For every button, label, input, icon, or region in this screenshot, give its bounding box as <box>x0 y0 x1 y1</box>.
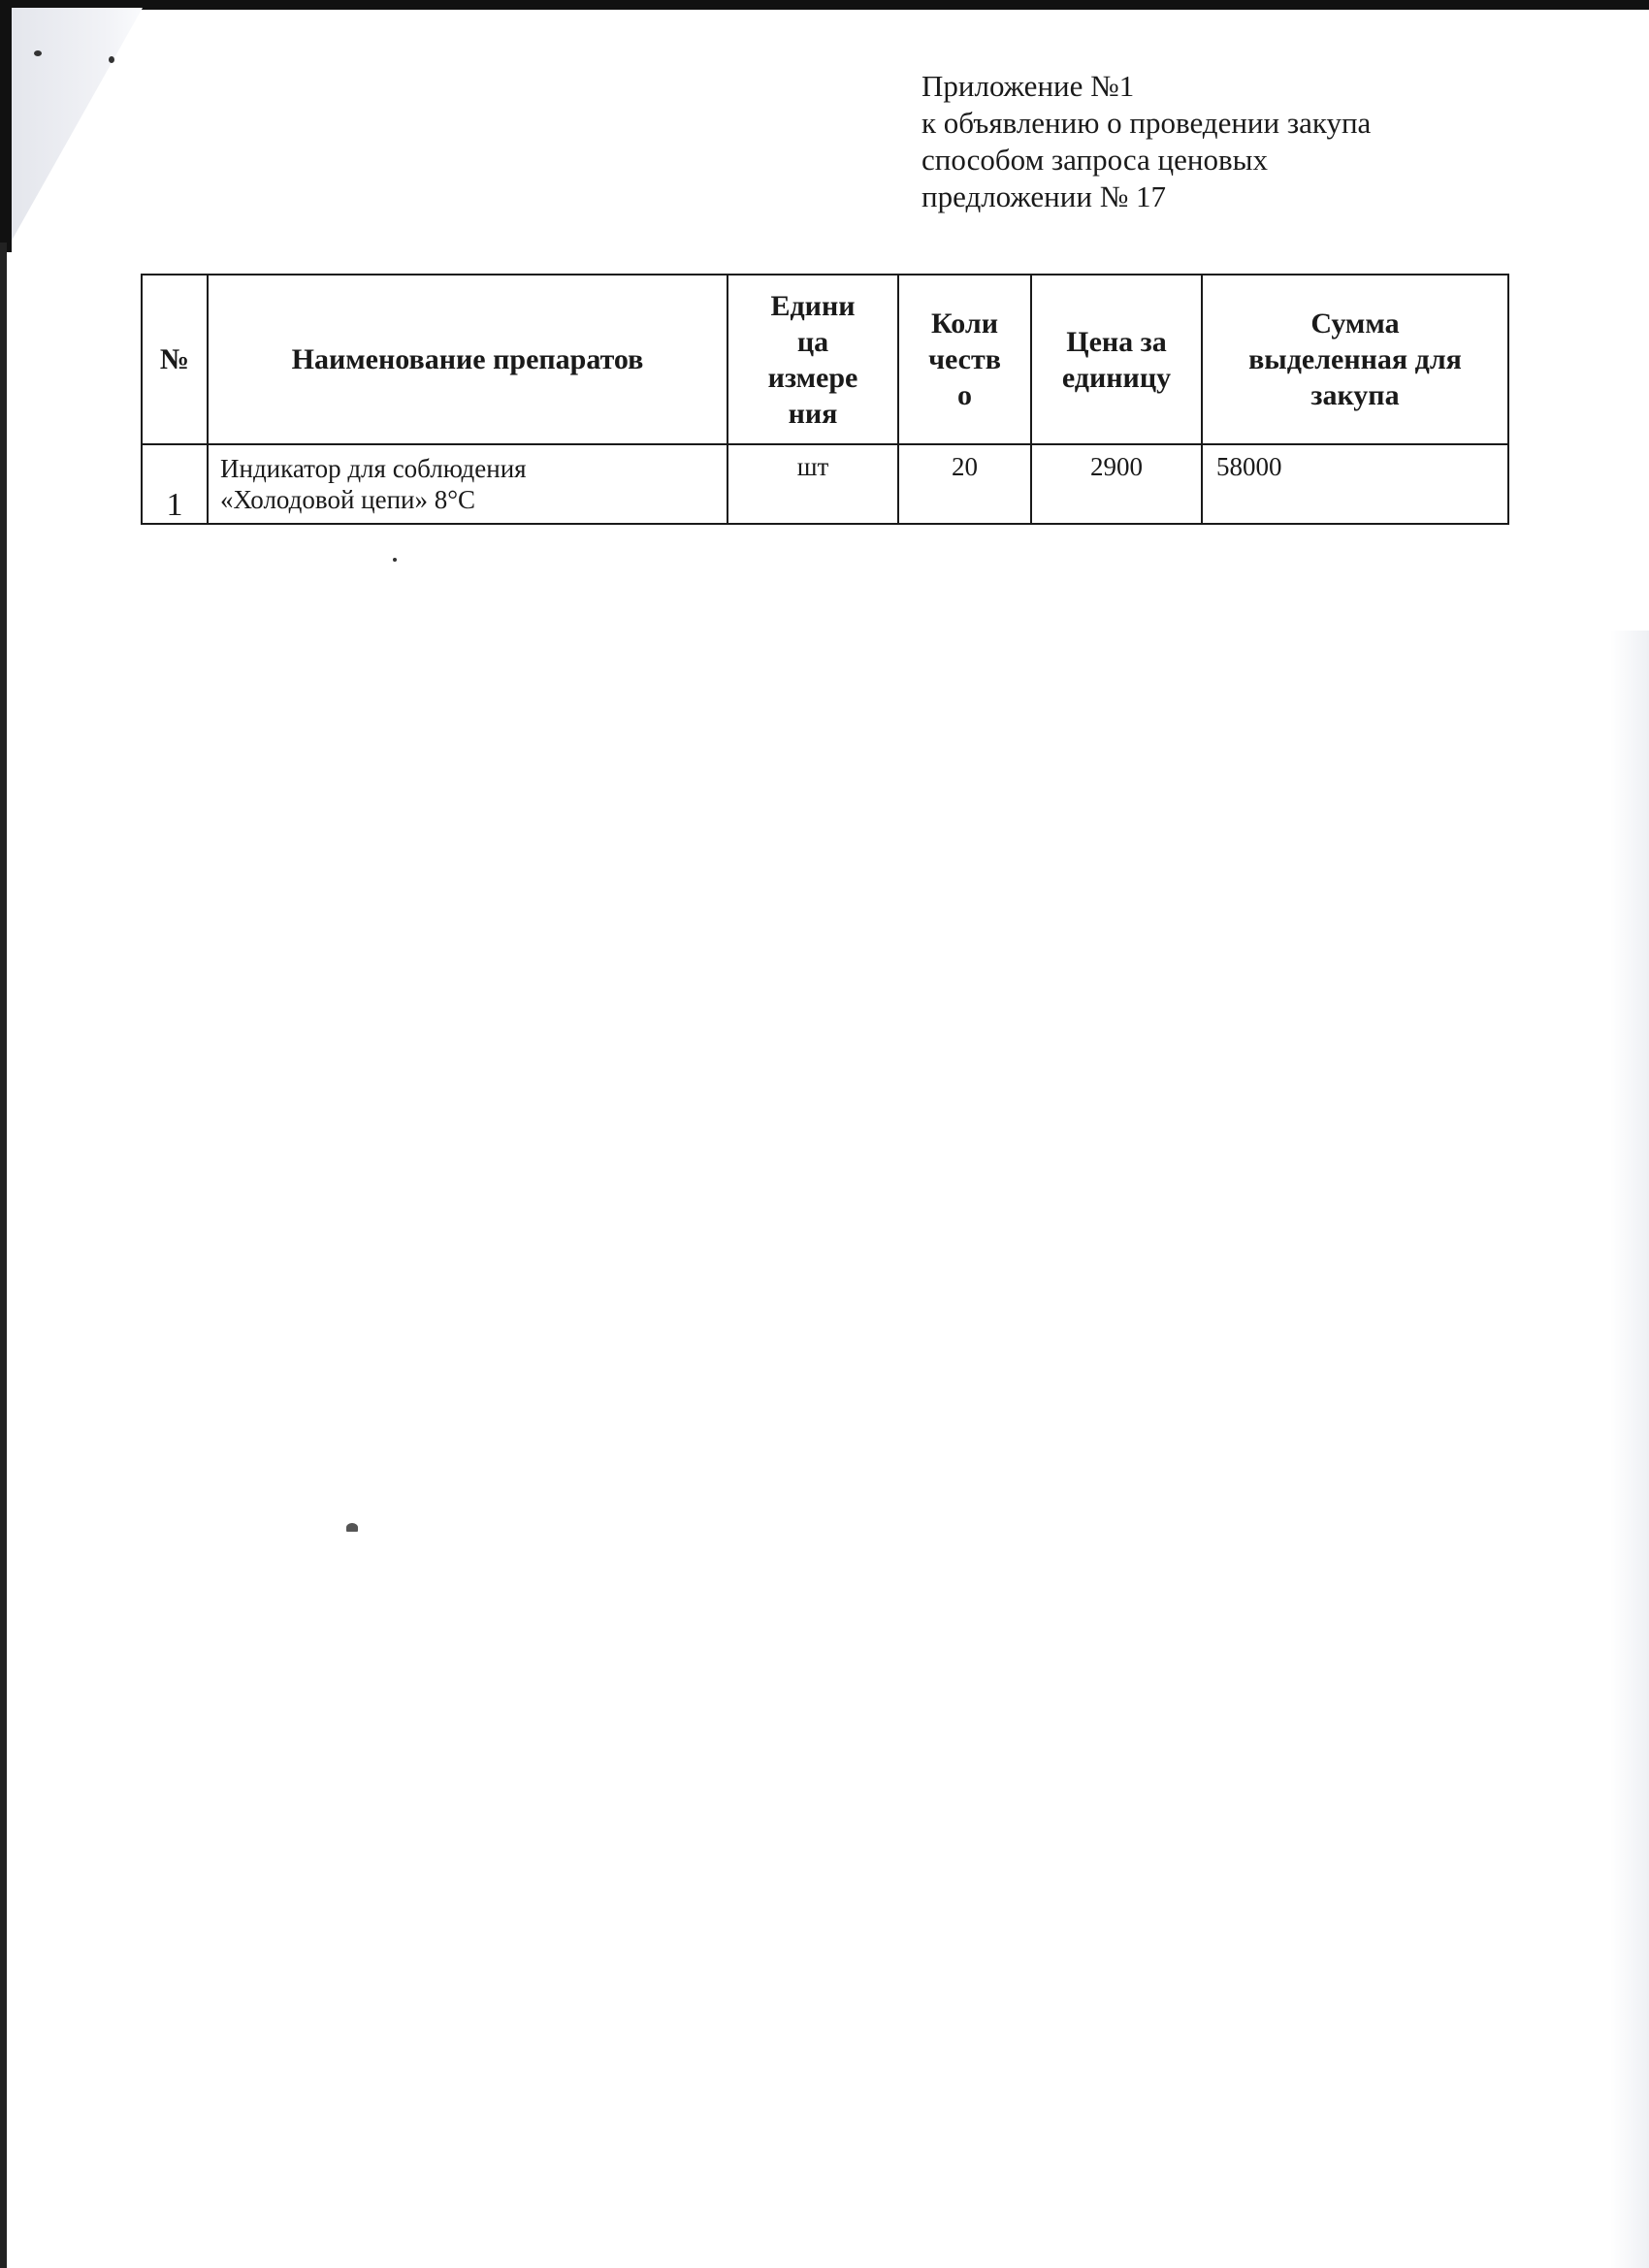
page-edge-shadow <box>1610 631 1649 2268</box>
item-price: 2900 <box>1032 445 1201 482</box>
cell-quantity: 20 <box>898 444 1031 524</box>
procurement-table: № Наименование препаратов Едини ца измер… <box>141 274 1509 525</box>
item-quantity: 20 <box>899 445 1030 482</box>
cell-unit: шт <box>727 444 898 524</box>
table-header-row: № Наименование препаратов Едини ца измер… <box>142 275 1508 444</box>
column-header-number: № <box>142 275 208 444</box>
scan-speck <box>393 558 397 562</box>
scan-border-top <box>0 0 1649 10</box>
column-header-sum: Сумма выделенная для закупа <box>1202 275 1508 444</box>
column-header-price: Цена за единицу <box>1031 275 1202 444</box>
appendix-line: к объявлению о проведении закупа <box>921 105 1371 142</box>
appendix-line: предложении № 17 <box>921 178 1371 215</box>
cell-number: 1 <box>142 444 208 524</box>
cell-sum: 58000 <box>1202 444 1508 524</box>
item-unit: шт <box>728 445 897 482</box>
column-header-name: Наименование препаратов <box>208 275 727 444</box>
scan-speck <box>346 1523 358 1532</box>
column-header-quantity: Коли честв о <box>898 275 1031 444</box>
row-number: 1 <box>143 490 207 523</box>
scan-speck <box>109 56 114 63</box>
scan-speck <box>34 50 42 56</box>
scan-border-left-lower <box>0 243 7 2268</box>
appendix-title: Приложение №1 <box>921 68 1371 105</box>
appendix-header: Приложение №1 к объявлению о проведении … <box>921 68 1371 215</box>
page-corner-fold <box>12 8 143 241</box>
appendix-line: способом запроса ценовых <box>921 142 1371 178</box>
column-header-unit: Едини ца измере ния <box>727 275 898 444</box>
item-name: Индикатор для соблюдения «Холодовой цепи… <box>209 445 727 515</box>
cell-name: Индикатор для соблюдения «Холодовой цепи… <box>208 444 727 524</box>
item-sum: 58000 <box>1203 445 1507 482</box>
table-row: 1 Индикатор для соблюдения «Холодовой це… <box>142 444 1508 524</box>
scan-border-left <box>0 0 12 252</box>
cell-price: 2900 <box>1031 444 1202 524</box>
